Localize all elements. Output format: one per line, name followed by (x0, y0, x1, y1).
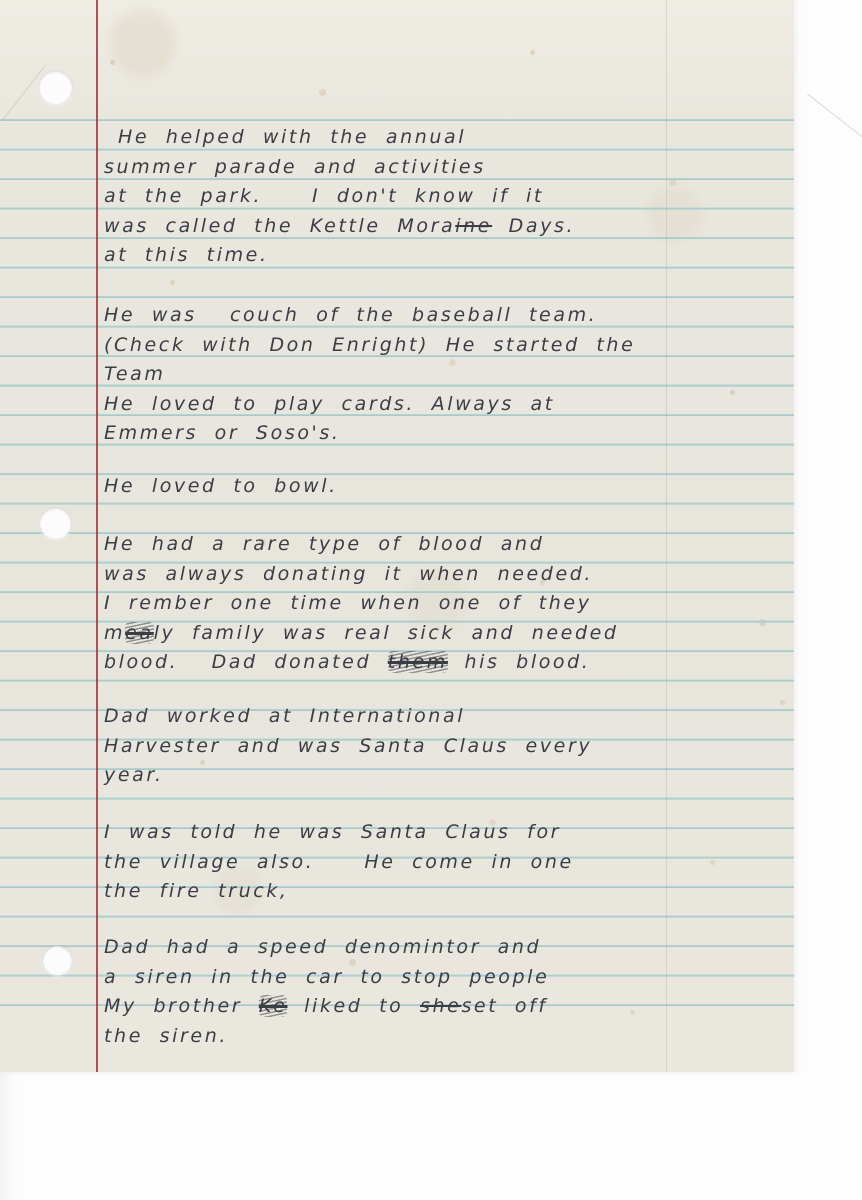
handwritten-line: He had a rare type of blood and (104, 530, 780, 560)
notebook-paper: He helped with the annualsummer parade a… (0, 0, 794, 1072)
handwritten-line: My brother Ke liked to sheset off (104, 992, 780, 1022)
handwritten-line: He loved to bowl. (104, 472, 780, 502)
handwritten-text: Team (104, 363, 166, 385)
paragraph: He loved to bowl. (104, 472, 780, 502)
handwritten-text: the village also. He come in one (104, 851, 574, 873)
handwritten-line: Dad worked at International (104, 702, 780, 732)
handwritten-text: Dad worked at International (104, 705, 465, 727)
handwritten-line: the village also. He come in one (104, 848, 780, 878)
paragraph: Dad worked at InternationalHarvester and… (104, 702, 780, 791)
handwritten-text: set off (461, 995, 547, 1017)
handwritten-line: the siren. (104, 1022, 780, 1052)
handwritten-line: He helped with the annual (104, 123, 780, 153)
handwritten-text: was called the Kettle Mora (104, 215, 455, 237)
handwritten-text: He loved to bowl. (104, 475, 338, 497)
handwriting-layer: He helped with the annualsummer parade a… (0, 0, 794, 1072)
handwritten-line: He was couch of the baseball team. (104, 301, 780, 331)
handwritten-line: at the park. I don't know if it (104, 182, 780, 212)
handwritten-line: Emmers or Soso's. (104, 419, 780, 449)
scribbled-out-word: them (388, 651, 448, 673)
struck-word: she (420, 995, 461, 1017)
handwritten-text: My brother (104, 995, 259, 1017)
handwritten-text: Dad had a speed denomintor and (104, 936, 541, 958)
handwritten-line: was called the Kettle Moraine Days. (104, 212, 780, 242)
handwritten-text: He loved to play cards. Always at (104, 393, 555, 415)
handwritten-line: I was told he was Santa Claus for (104, 818, 780, 848)
handwritten-text: ly family was real sick and needed (154, 622, 619, 644)
handwritten-line: summer parade and activities (104, 153, 780, 183)
handwritten-line: at this time. (104, 241, 780, 271)
handwritten-line: a siren in the car to stop people (104, 963, 780, 993)
handwritten-text: was always donating it when needed. (104, 563, 593, 585)
struck-word: ine (455, 215, 492, 237)
handwritten-text: at this time. (104, 244, 269, 266)
paragraph: I was told he was Santa Claus forthe vil… (104, 818, 780, 907)
handwritten-line: was always donating it when needed. (104, 560, 780, 590)
handwritten-line: (Check with Don Enright) He started the (104, 331, 780, 361)
handwritten-line: blood. Dad donated them his blood. (104, 648, 780, 678)
paragraph: Dad had a speed denomintor anda siren in… (104, 933, 780, 1051)
handwritten-text: his blood. (448, 651, 591, 673)
handwritten-line: Team (104, 360, 780, 390)
handwritten-line: mealy family was real sick and needed (104, 619, 780, 649)
handwritten-text: m (104, 622, 125, 644)
handwritten-text: liked to (287, 995, 420, 1017)
handwritten-text: (Check with Don Enright) He started the (104, 334, 635, 356)
scribbled-out-word: Ke (259, 995, 288, 1017)
handwritten-line: I rember one time when one of they (104, 589, 780, 619)
handwritten-line: He loved to play cards. Always at (104, 390, 780, 420)
handwritten-text: I rember one time when one of they (104, 592, 592, 614)
paragraph: He had a rare type of blood andwas alway… (104, 530, 780, 678)
handwritten-text: Days. (492, 215, 575, 237)
scribbled-out-word: ea (125, 622, 154, 644)
handwritten-line: Harvester and was Santa Claus every (104, 732, 780, 762)
paragraph: He was couch of the baseball team.(Check… (104, 301, 780, 449)
handwritten-text: Harvester and was Santa Claus every (104, 735, 592, 757)
handwritten-text: He helped with the annual (118, 126, 466, 148)
handwritten-text: year. (104, 764, 164, 786)
handwritten-text: the siren. (104, 1025, 228, 1047)
handwritten-text: the fire truck, (104, 880, 289, 902)
handwritten-text: He was couch of the baseball team. (104, 304, 597, 326)
handwritten-text: Emmers or Soso's. (104, 422, 341, 444)
handwritten-text: He had a rare type of blood and (104, 533, 544, 555)
paragraph: He helped with the annualsummer parade a… (104, 123, 780, 271)
handwritten-line: the fire truck, (104, 877, 780, 907)
handwritten-line: Dad had a speed denomintor and (104, 933, 780, 963)
handwritten-text: blood. Dad donated (104, 651, 388, 673)
handwritten-text: at the park. I don't know if it (104, 185, 544, 207)
handwritten-text: I was told he was Santa Claus for (104, 821, 561, 843)
handwritten-line: year. (104, 761, 780, 791)
handwritten-text: a siren in the car to stop people (104, 966, 549, 988)
handwritten-text: summer parade and activities (104, 156, 486, 178)
